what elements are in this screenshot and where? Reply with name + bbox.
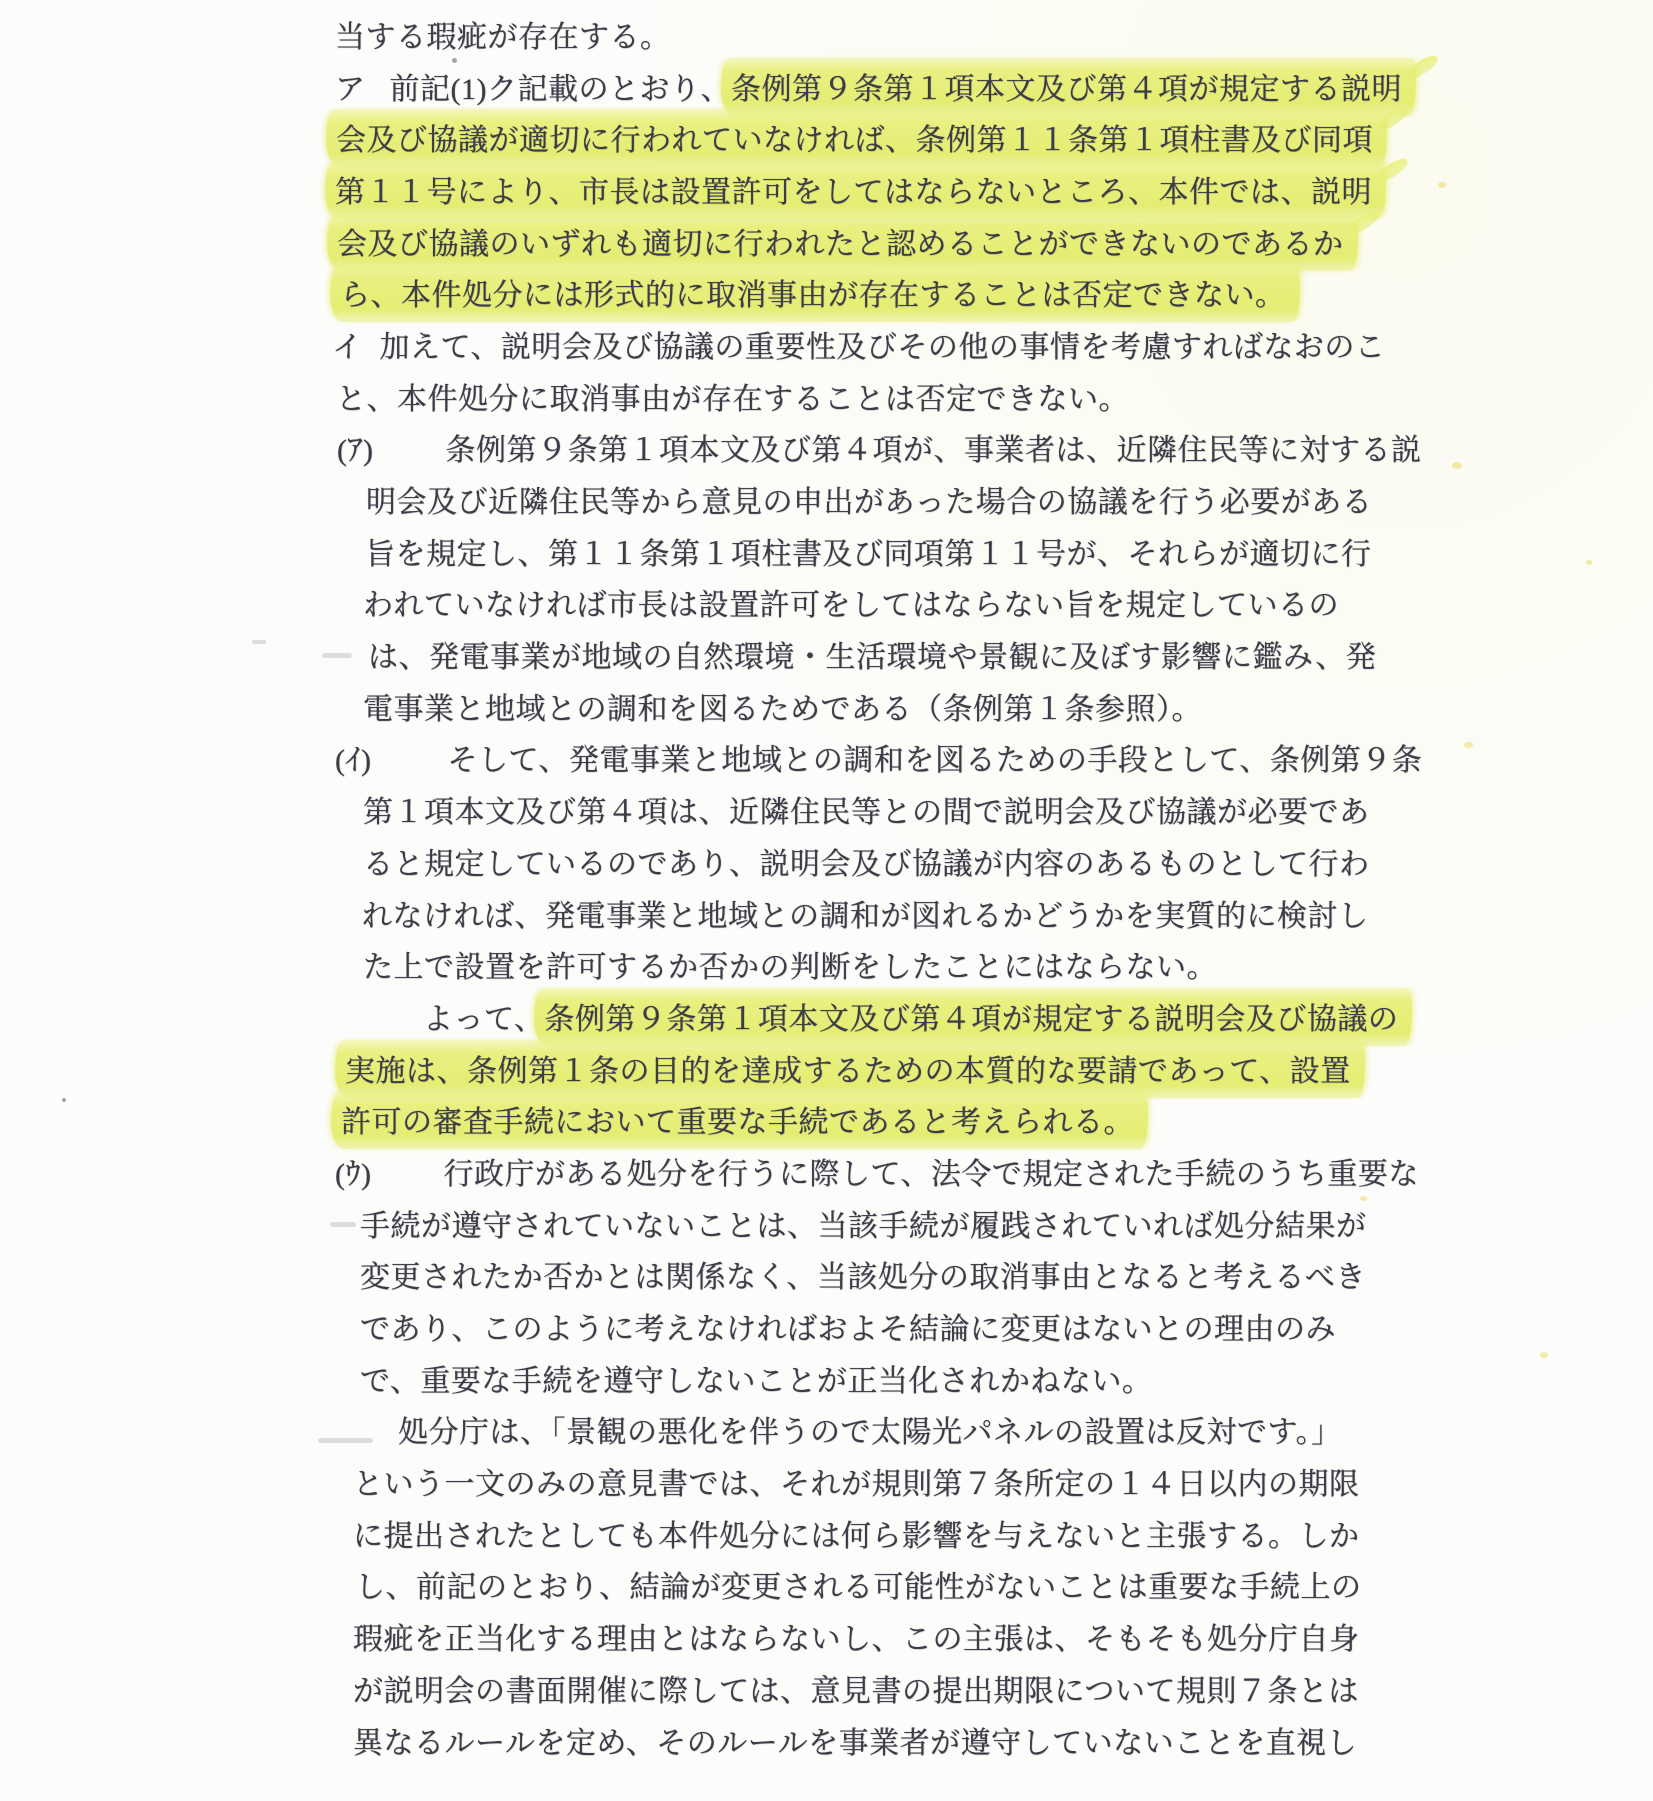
text-segment: 加えて、説明会及び協議の重要性及びその他の事情を考慮すればなおのこ bbox=[380, 322, 1386, 366]
text-segment: われていなければ市長は設置許可をしてはならない旨を規定しているの bbox=[363, 580, 1339, 624]
text-segment: 手続が遵守されていないことは、当該手続が履践されていれば処分結果が bbox=[360, 1201, 1367, 1245]
text-segment: 旨を規定し、第１１条第１項柱書及び同項第１１号が、それらが適切に行 bbox=[365, 529, 1372, 573]
text-segment: が説明会の書面開催に際しては、意見書の提出期限について規則７条とは bbox=[353, 1666, 1359, 1710]
text-segment: と、本件処分に取消事由が存在することは否定できない。 bbox=[336, 374, 1129, 418]
text-segment: ると規定しているのであり、説明会及び協議が内容のあるものとして行わ bbox=[363, 839, 1370, 883]
text-line: 手続が遵守されていないことは、当該手続が履践されていれば処分結果が bbox=[0, 1197, 1653, 1249]
text-segment: れなければ、発電事業と地域との調和が図れるかどうかを実質的に検討し bbox=[362, 891, 1369, 935]
text-line: 明会及び近隣住民等から意見の申出があった場合の協議を行う必要がある bbox=[0, 473, 1653, 525]
text-segment: 瑕疵を正当化する理由とはならないし、この主張は、そもそも処分庁自身 bbox=[353, 1614, 1360, 1658]
text-line: 変更されたか否かとは関係なく、当該処分の取消事由となると考えるべき bbox=[0, 1249, 1653, 1301]
document-body: 当する瑕疵が存在する。ア前記(1)ク記載のとおり、条例第９条第１項本文及び第４項… bbox=[0, 8, 1653, 1765]
highlighted-text: ら、本件処分には形式的に取消事由が存在することは否定できない。 bbox=[330, 264, 1300, 322]
text-line: 第１１号により、市長は設置許可をしてはならないところ、本件では、説明 bbox=[0, 163, 1653, 215]
text-line: ら、本件処分には形式的に取消事由が存在することは否定できない。 bbox=[0, 266, 1653, 318]
text-line: 電事業と地域との調和を図るためである（条例第１条参照）。 bbox=[0, 680, 1653, 732]
text-segment: そして、発電事業と地域との調和を図るための手段として、条例第９条 bbox=[447, 735, 1422, 779]
text-segment: に提出されたとしても本件処分には何ら影響を与えないと主張する。しか bbox=[353, 1511, 1360, 1555]
text-segment: 処分庁は、「景観の悪化を伴うので太陽光パネルの設置は反対です。」 bbox=[398, 1407, 1342, 1451]
scan-smudge bbox=[322, 653, 352, 658]
text-segment: (ｳ) bbox=[335, 1149, 371, 1193]
text-segment: (ｲ) bbox=[335, 735, 371, 779]
text-line: 会及び協議が適切に行われていなければ、条例第１１条第１項柱書及び同項 bbox=[0, 111, 1653, 163]
highlighted-text: 許可の審査手続において重要な手続であると考えられる。 bbox=[331, 1091, 1148, 1149]
text-segment: 異なるルールを定め、そのルールを事業者が遵守していないことを直視し bbox=[353, 1718, 1357, 1762]
text-segment: 当する瑕疵が存在する。 bbox=[335, 12, 671, 56]
highlighted-text: 会及び協議が適切に行われていなければ、条例第１１条第１項柱書及び同項 bbox=[326, 109, 1387, 167]
scan-speck bbox=[1438, 182, 1446, 188]
scanned-document-page: 当する瑕疵が存在する。ア前記(1)ク記載のとおり、条例第９条第１項本文及び第４項… bbox=[0, 0, 1653, 1801]
highlighted-text: 条例第９条第１項本文及び第４項が規定する説明会及び協議の bbox=[534, 988, 1412, 1046]
scan-smudge bbox=[252, 640, 266, 644]
text-line: という一文のみの意見書では、それが規則第７条所定の１４日以内の期限 bbox=[0, 1455, 1653, 1507]
text-line: し、前記のとおり、結論が変更される可能性がないことは重要な手続上の bbox=[0, 1559, 1653, 1611]
text-segment: 明会及び近隣住民等から意見の申出があった場合の協議を行う必要がある bbox=[366, 477, 1372, 521]
text-segment: 電事業と地域との調和を図るためである（条例第１条参照）。 bbox=[363, 684, 1202, 728]
scan-speck bbox=[1452, 462, 1462, 469]
highlighted-text: 条例第９条第１項本文及び第４項が規定する説明 bbox=[721, 58, 1416, 116]
text-segment: という一文のみの意見書では、それが規則第７条所定の１４日以内の期限 bbox=[353, 1459, 1360, 1503]
text-segment: た上で設置を許可するか否かの判断をしたことにはならない。 bbox=[363, 942, 1217, 986]
text-segment: であり、このように考えなければおよそ結論に変更はないとの理由のみ bbox=[360, 1304, 1336, 1348]
text-line: よって、条例第９条第１項本文及び第４項が規定する説明会及び協議の bbox=[0, 990, 1653, 1042]
text-line: と、本件処分に取消事由が存在することは否定できない。 bbox=[0, 370, 1653, 422]
text-segment: 変更されたか否かとは関係なく、当該処分の取消事由となると考えるべき bbox=[360, 1252, 1366, 1296]
scan-smudge bbox=[318, 1438, 373, 1443]
text-line: は、発電事業が地域の自然環境・生活環境や景観に及ぼす影響に鑑み、発 bbox=[0, 628, 1653, 680]
text-segment: よって、 bbox=[423, 994, 544, 1038]
text-line: た上で設置を許可するか否かの判断をしたことにはならない。 bbox=[0, 938, 1653, 990]
text-line: ア前記(1)ク記載のとおり、条例第９条第１項本文及び第４項が規定する説明 bbox=[0, 60, 1653, 112]
highlighted-text: 実施は、条例第１条の目的を達成するための本質的な要請であって、設置 bbox=[335, 1040, 1365, 1098]
text-line: 許可の審査手続において重要な手続であると考えられる。 bbox=[0, 1093, 1653, 1145]
text-line: (ｲ)そして、発電事業と地域との調和を図るための手段として、条例第９条 bbox=[0, 732, 1653, 784]
scan-smudge bbox=[330, 1222, 356, 1227]
text-segment: 条例第９条第１項本文及び第４項が、事業者は、近隣住民等に対する説 bbox=[445, 425, 1421, 469]
highlighted-text: 第１１号により、市長は設置許可をしてはならないところ、本件では、説明 bbox=[325, 161, 1386, 219]
text-line: 当する瑕疵が存在する。 bbox=[0, 8, 1653, 60]
scan-speck bbox=[1540, 1352, 1548, 1358]
text-line: イ加えて、説明会及び協議の重要性及びその他の事情を考慮すればなおのこ bbox=[0, 318, 1653, 370]
text-line: (ｳ)行政庁がある処分を行うに際して、法令で規定された手続のうち重要な bbox=[0, 1145, 1653, 1197]
text-segment: で、重要な手続を遵守しないことが正当化されかねない。 bbox=[360, 1356, 1152, 1400]
text-line: (ｱ)条例第９条第１項本文及び第４項が、事業者は、近隣住民等に対する説 bbox=[0, 422, 1653, 474]
text-segment: イ bbox=[332, 322, 363, 366]
text-segment: ア bbox=[335, 64, 366, 108]
text-line: 第１項本文及び第４項は、近隣住民等との間で説明会及び協議が必要であ bbox=[0, 783, 1653, 835]
text-segment: (ｱ) bbox=[337, 425, 373, 469]
scan-speck bbox=[1360, 1196, 1367, 1201]
scan-dot bbox=[62, 1098, 66, 1102]
text-line: 瑕疵を正当化する理由とはならないし、この主張は、そもそも処分庁自身 bbox=[0, 1610, 1653, 1662]
scan-dot bbox=[1140, 872, 1144, 876]
text-segment: 第１項本文及び第４項は、近隣住民等との間で説明会及び協議が必要であ bbox=[363, 787, 1370, 831]
scan-speck bbox=[1586, 560, 1592, 565]
text-segment: 行政庁がある処分を行うに際して、法令で規定された手続のうち重要な bbox=[443, 1149, 1418, 1193]
text-line: れなければ、発電事業と地域との調和が図れるかどうかを実質的に検討し bbox=[0, 887, 1653, 939]
highlighted-text: 会及び協議のいずれも適切に行われたと認めることができないのであるか bbox=[327, 213, 1358, 271]
text-line: ると規定しているのであり、説明会及び協議が内容のあるものとして行わ bbox=[0, 835, 1653, 887]
text-line: に提出されたとしても本件処分には何ら影響を与えないと主張する。しか bbox=[0, 1507, 1653, 1559]
text-line: 会及び協議のいずれも適切に行われたと認めることができないのであるか bbox=[0, 215, 1653, 267]
text-line: であり、このように考えなければおよそ結論に変更はないとの理由のみ bbox=[0, 1300, 1653, 1352]
scan-dot bbox=[452, 58, 457, 63]
text-segment: し、前記のとおり、結論が変更される可能性がないことは重要な手続上の bbox=[355, 1562, 1362, 1606]
text-line: 異なるルールを定め、そのルールを事業者が遵守していないことを直視し bbox=[0, 1714, 1653, 1766]
text-line: われていなければ市長は設置許可をしてはならない旨を規定しているの bbox=[0, 577, 1653, 629]
text-segment: は、発電事業が地域の自然環境・生活環境や景観に及ぼす影響に鑑み、発 bbox=[368, 632, 1376, 676]
text-line: で、重要な手続を遵守しないことが正当化されかねない。 bbox=[0, 1352, 1653, 1404]
text-segment: 前記(1)ク記載のとおり、 bbox=[390, 64, 731, 108]
text-line: が説明会の書面開催に際しては、意見書の提出期限について規則７条とは bbox=[0, 1662, 1653, 1714]
text-line: 処分庁は、「景観の悪化を伴うので太陽光パネルの設置は反対です。」 bbox=[0, 1404, 1653, 1456]
text-line: 実施は、条例第１条の目的を達成するための本質的な要請であって、設置 bbox=[0, 1042, 1653, 1094]
text-line: 旨を規定し、第１１条第１項柱書及び同項第１１号が、それらが適切に行 bbox=[0, 525, 1653, 577]
scan-speck bbox=[1464, 742, 1473, 748]
